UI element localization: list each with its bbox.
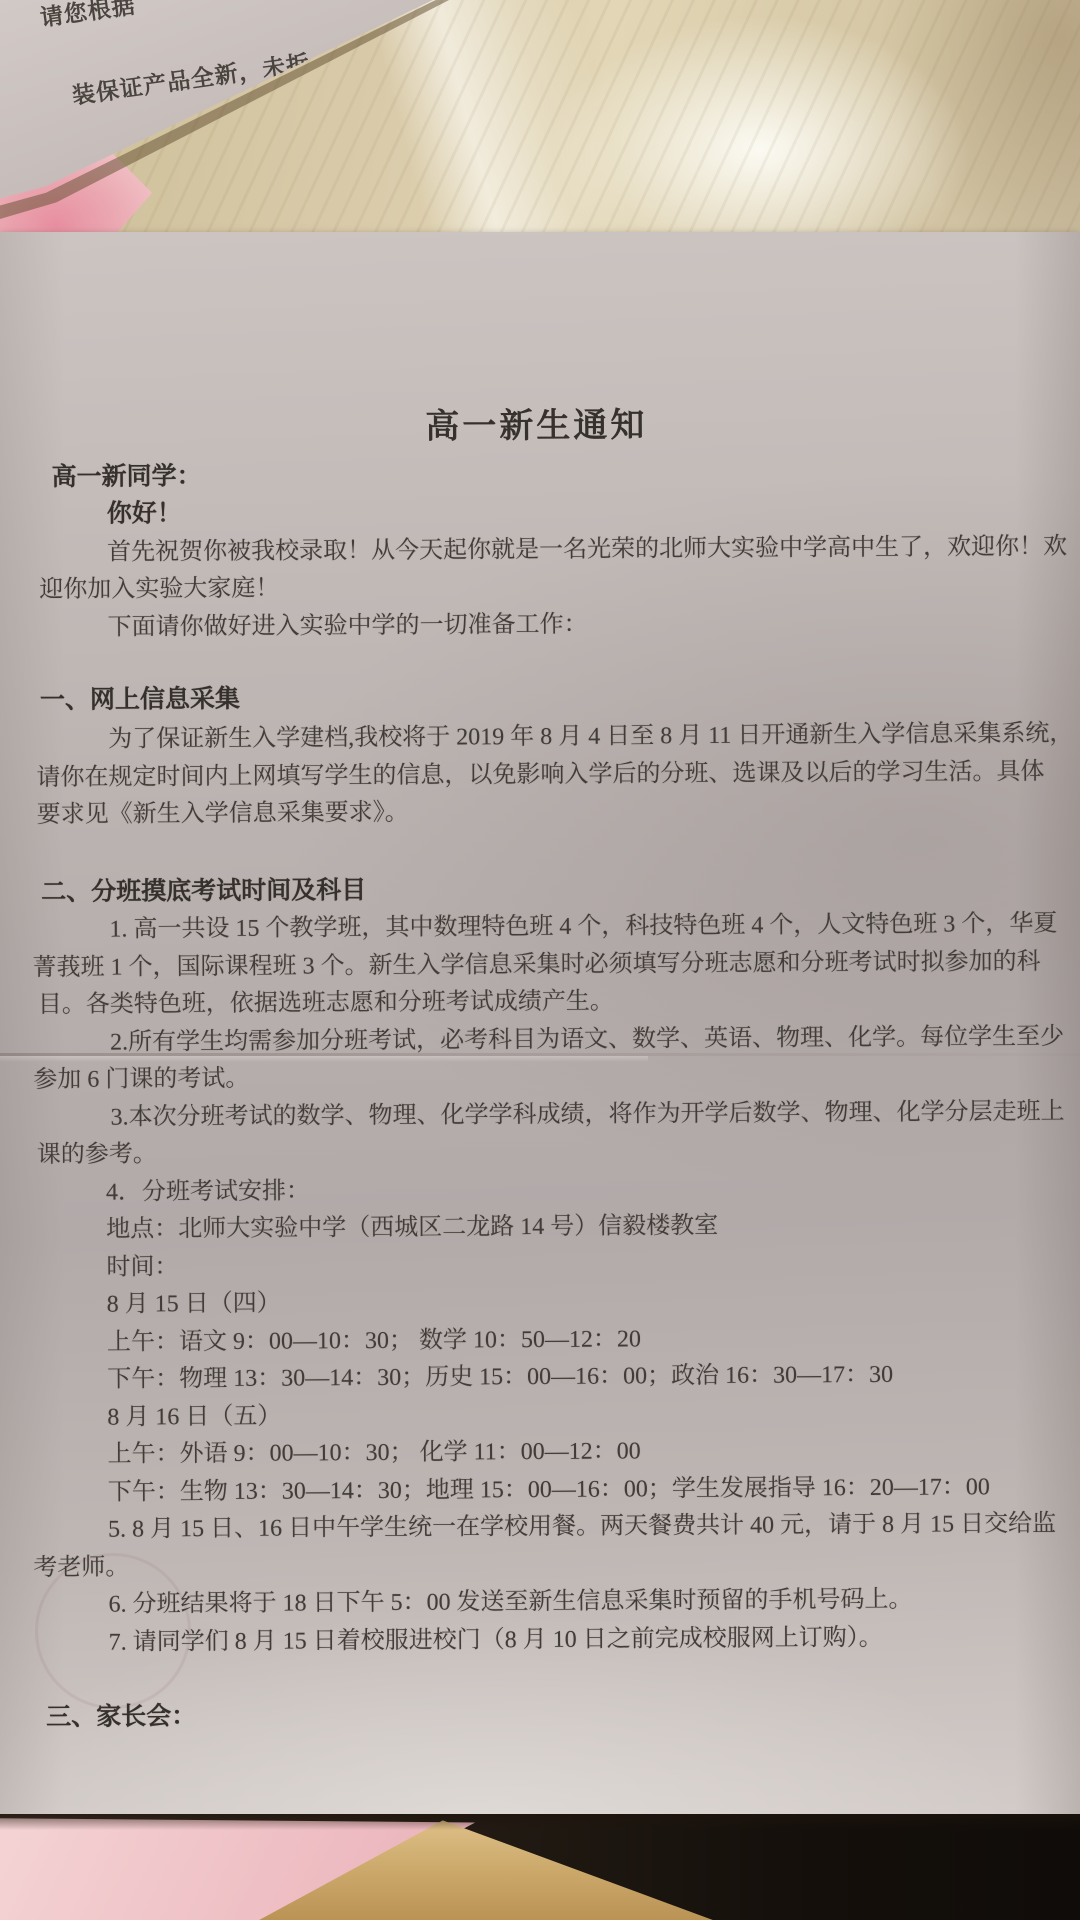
notice-line: 4．分班考试安排：: [106, 1170, 310, 1206]
notice-line: 你好！: [107, 493, 182, 529]
notice-line: 首先祝贺你被我校录取！从今天起你就是一名光荣的北师大实验中学高中生了，欢迎你！欢: [107, 526, 1067, 567]
notice-line: 地点：北师大实验中学（西城区二龙路 14 号）信毅楼教室: [106, 1205, 718, 1244]
notice-text: 高一新生通知 高一新同学：你好！首先祝贺你被我校录取！从今天起你就是一名光荣的北…: [0, 229, 1080, 1824]
notice-line: 二、分班摸底考试时间及科目: [41, 870, 366, 908]
notice-line: 考老师。: [33, 1547, 129, 1583]
notice-line: 2.所有学生均需参加分班考试，必考科目为语文、数学、英语、物理、化学。每位学生至…: [110, 1016, 1064, 1057]
notice-line: 一、网上信息采集: [40, 679, 240, 716]
notice-line: 6. 分班结果将于 18 日下午 5：00 发送至新生信息采集时预留的手机号码上…: [108, 1579, 912, 1619]
photo-scene: 请您根据 装保证产品全新，未拆 知悉。 高一新生通知 高一新同学：你好！首先祝贺…: [0, 0, 1080, 1920]
notice-line: 3.本次分班考试的数学、物理、化学学科成绩，将作为开学后数学、物理、化学分层走班…: [110, 1091, 1064, 1132]
notice-line: 为了保证新生入学建档,我校将于 2019 年 8 月 4 日至 8 月 11 日…: [108, 713, 1073, 754]
notice-line: 高一新同学：: [52, 456, 202, 493]
notice-line: 目。各类特色班，依据选班志愿和分班考试成绩产生。: [38, 981, 614, 1020]
notice-line: 请你在规定时间内上网填写学生的信息，以免影响入学后的分班、选课及以后的学习生活。…: [36, 751, 1044, 792]
notice-line: 1. 高一共设 15 个教学班，其中数理特色班 4 个，科技特色班 4 个，人文…: [109, 903, 1057, 944]
notice-line: 8 月 15 日（四）: [107, 1283, 281, 1319]
notice-line: 下午：物理 13：30—14：30；历史 15：00—16：00；政治 16：3…: [107, 1354, 893, 1394]
notice-title: 高一新生通知: [0, 395, 1076, 451]
notice-line: 迎你加入实验大家庭！: [39, 568, 279, 604]
paper-edge-shadow: [0, 1814, 1080, 1830]
notice-line: 8 月 16 日（五）: [107, 1396, 281, 1432]
notice-line: 5. 8 月 15 日、16 日中午学生统一在学校用餐。两天餐费共计 40 元，…: [108, 1503, 1056, 1544]
notice-line: 上午：语文 9：00—10：30； 数学 10：50—12：20: [107, 1318, 641, 1356]
table-surface: [0, 1814, 1080, 1920]
background-paper-line: 请您根据: [38, 0, 138, 33]
notice-line: 参加 6 门课的考试。: [33, 1058, 249, 1094]
notice-line: 时间：: [106, 1246, 178, 1281]
notice-line: 下午：生物 13：30—14：30；地理 15：00—16：00；学生发展指导 …: [108, 1466, 990, 1506]
notice-paper: 高一新生通知 高一新同学：你好！首先祝贺你被我校录取！从今天起你就是一名光荣的北…: [0, 232, 1080, 1820]
notice-line: 菁莪班 1 个，国际课程班 3 个。新生入学信息采集时必须填写分班志愿和分班考试…: [33, 941, 1041, 982]
notice-line: 下面请你做好进入实验中学的一切准备工作：: [107, 604, 587, 642]
notice-line: 上午：外语 9：00—10：30； 化学 11：00—12：00: [107, 1430, 640, 1468]
notice-line: 7. 请同学们 8 月 15 日着校服进校门（8 月 10 日之前完成校服网上订…: [109, 1617, 883, 1657]
notice-line: 要求见《新生入学信息采集要求》。: [37, 792, 409, 829]
notice-line: 课的参考。: [37, 1133, 157, 1169]
notice-line: 三、家长会：: [46, 1696, 196, 1733]
